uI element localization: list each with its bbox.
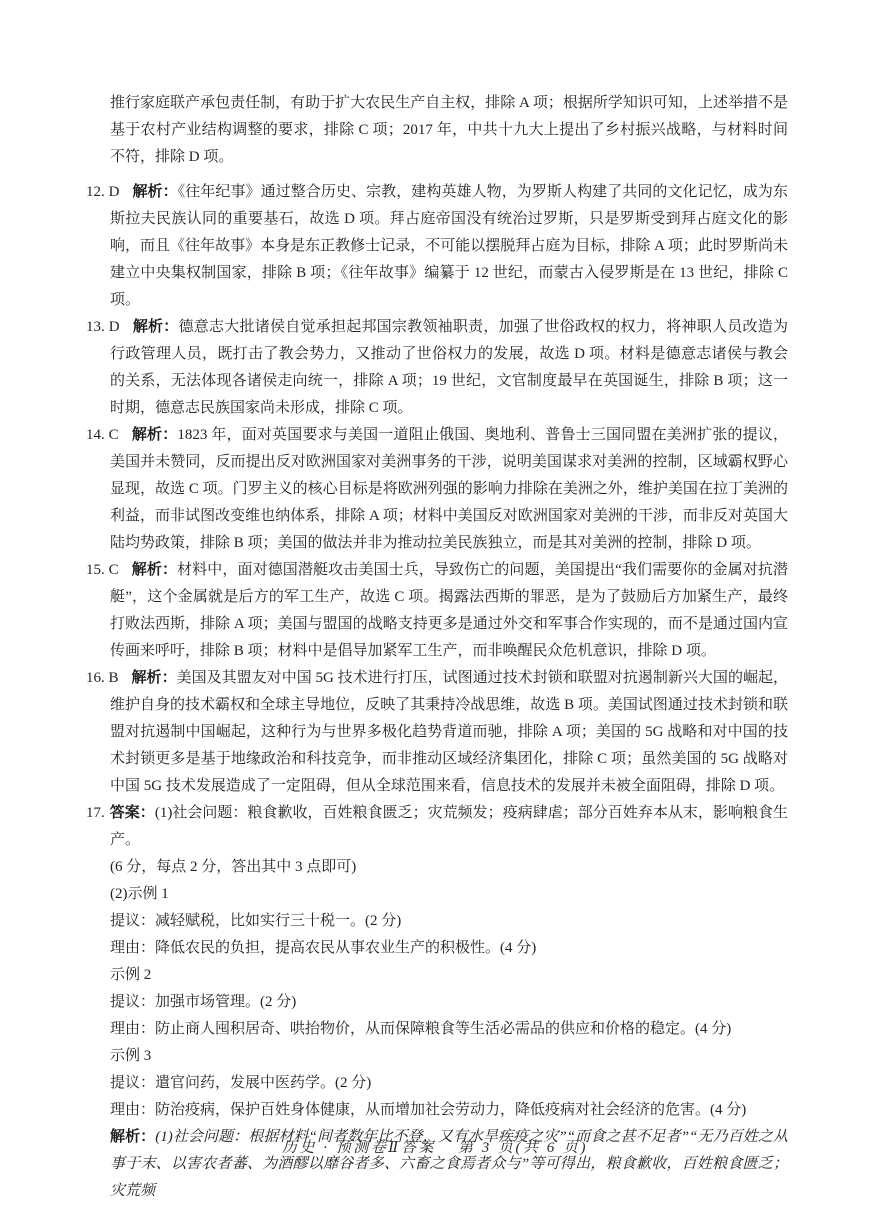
page-footer: 历史 · 预测卷Ⅱ答案第 3 页(共 6 页) [0, 1136, 870, 1157]
question-number-12: 12. D [86, 184, 119, 200]
answer-line-example-2-proposal: 提议：加强市场管理。(2 分) [86, 989, 788, 1016]
answer-item-12: 12. D解析：《往年纪事》通过整合历史、宗教，建构英雄人物，为罗斯人构建了共同… [86, 179, 788, 314]
analysis-label-13: 解析： [133, 319, 179, 335]
question-number-17: 17. [86, 805, 105, 821]
analysis-label-12: 解析： [132, 184, 177, 200]
answer-line-example-2-heading: 示例 2 [86, 962, 788, 989]
answer-line-example-3-heading: 示例 3 [86, 1043, 788, 1070]
answer-line-example-1-reason: 理由：降低农民的负担，提高农民从事农业生产的积极性。(4 分) [86, 935, 788, 962]
question-number-15: 15. C [86, 562, 119, 578]
answer-line-scoring-note: (6 分，每点 2 分，答出其中 3 点即可) [86, 854, 788, 881]
footer-document-title: 历史 · 预测卷Ⅱ答案 [282, 1140, 436, 1156]
question-number-14: 14. C [86, 427, 119, 443]
answer-line-example-2-reason: 理由：防止商人囤积居奇、哄抬物价，从而保障粮食等生活必需品的供应和价格的稳定。(… [86, 1016, 788, 1043]
answer-intro-17: (1)社会问题：粮食歉收，百姓粮食匮乏；灾荒频发；疫病肆虐；部分百姓弃本从末，影… [110, 805, 788, 848]
answer-line-example-3-proposal: 提议：遣官问药，发展中医药学。(2 分) [86, 1070, 788, 1097]
document-page: 推行家庭联产承包责任制，有助于扩大农民生产自主权，排除 A 项；根据所学知识可知… [0, 0, 870, 1213]
answer-label-17: 答案： [110, 805, 155, 821]
analysis-text-14: 1823 年，面对英国要求与美国一道阻止俄国、奥地利、普鲁士三国同盟在美洲扩张的… [110, 427, 788, 551]
answer-item-17: 17.答案：(1)社会问题：粮食歉收，百姓粮食匮乏；灾荒频发；疫病肆虐；部分百姓… [86, 800, 788, 854]
analysis-text-13: 德意志大批诸侯自觉承担起邦国宗教领袖职责，加强了世俗政权的权力，将神职人员改造为… [110, 319, 788, 416]
continuation-paragraph: 推行家庭联产承包责任制，有助于扩大农民生产自主权，排除 A 项；根据所学知识可知… [86, 90, 788, 171]
answer-line-example-1-proposal: 提议：减轻赋税，比如实行三十税一。(2 分) [86, 908, 788, 935]
analysis-text-16: 美国及其盟友对中国 5G 技术进行打压，试图通过技术封锁和联盟对抗遏制新兴大国的… [110, 670, 788, 794]
answer-item-16: 16. B解析：美国及其盟友对中国 5G 技术进行打压，试图通过技术封锁和联盟对… [86, 665, 788, 800]
answer-line-example-3-reason: 理由：防治疫病，保护百姓身体健康，从而增加社会劳动力，降低疫病对社会经济的危害。… [86, 1097, 788, 1124]
analysis-label-14: 解析： [132, 427, 178, 443]
question-number-16: 16. B [86, 670, 119, 686]
answer-item-14: 14. C解析：1823 年，面对英国要求与美国一道阻止俄国、奥地利、普鲁士三国… [86, 422, 788, 557]
analysis-label-16: 解析： [132, 670, 177, 686]
answer-item-13: 13. D解析：德意志大批诸侯自觉承担起邦国宗教领袖职责，加强了世俗政权的权力，… [86, 314, 788, 422]
question-number-13: 13. D [86, 319, 120, 335]
footer-page-number: 第 3 页(共 6 页) [458, 1140, 588, 1156]
answer-item-15: 15. C解析：材料中，面对德国潜艇攻击美国士兵，导致伤亡的问题，美国提出“我们… [86, 557, 788, 665]
answer-line-example-1-heading: (2)示例 1 [86, 881, 788, 908]
answer-key-text-block: 推行家庭联产承包责任制，有助于扩大农民生产自主权，排除 A 项；根据所学知识可知… [86, 90, 788, 1205]
analysis-text-15: 材料中，面对德国潜艇攻击美国士兵，导致伤亡的问题，美国提出“我们需要你的金属对抗… [110, 562, 788, 659]
analysis-label-15: 解析： [132, 562, 177, 578]
analysis-text-12: 《往年纪事》通过整合历史、宗教，建构英雄人物，为罗斯人构建了共同的文化记忆，成为… [110, 184, 788, 308]
